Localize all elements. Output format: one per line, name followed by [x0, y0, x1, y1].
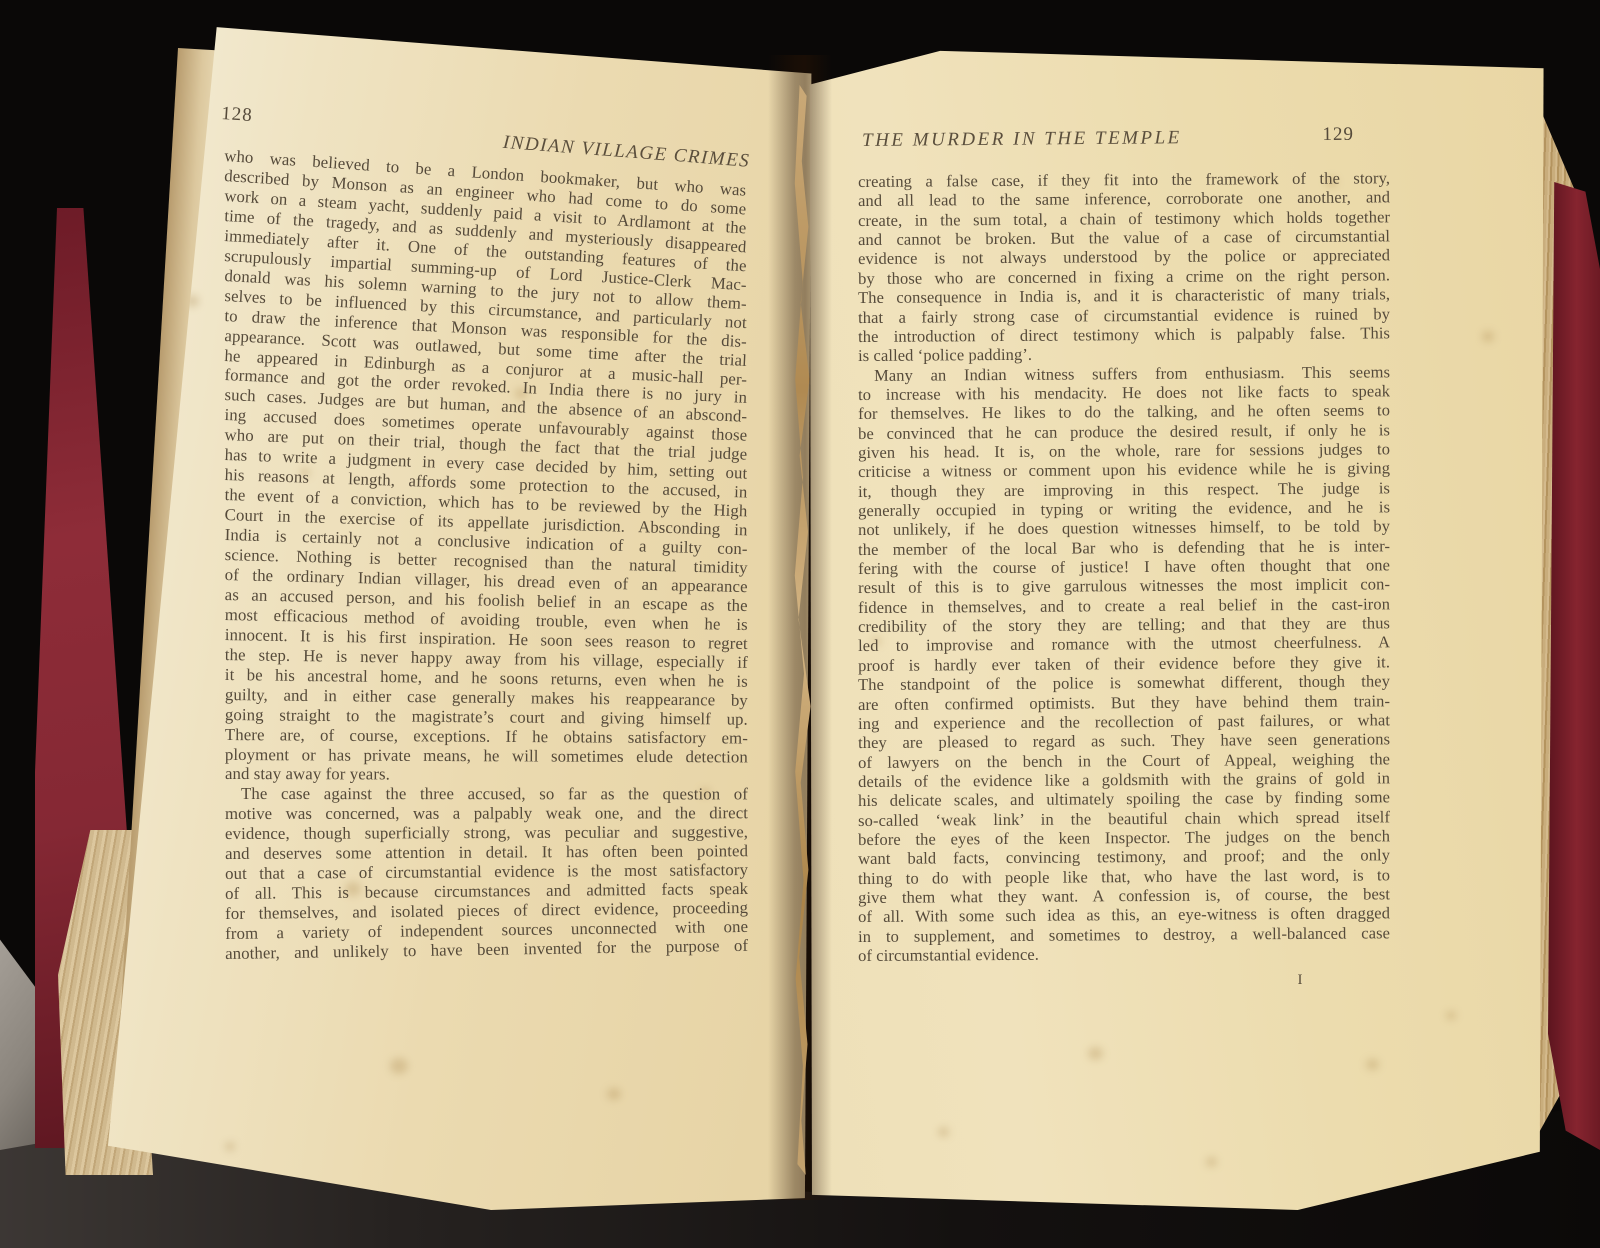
open-book-photo: 128 INDIAN VILLAGE CRIMES who was believ… [0, 0, 1600, 1248]
signature-mark: I [1290, 972, 1310, 989]
text-line: of circumstantial evidence. [858, 942, 1390, 967]
printed-text-layer: 128 INDIAN VILLAGE CRIMES who was believ… [0, 0, 1600, 1248]
right-page-body-text: creating a false case, if they fit into … [0, 0, 1600, 1248]
